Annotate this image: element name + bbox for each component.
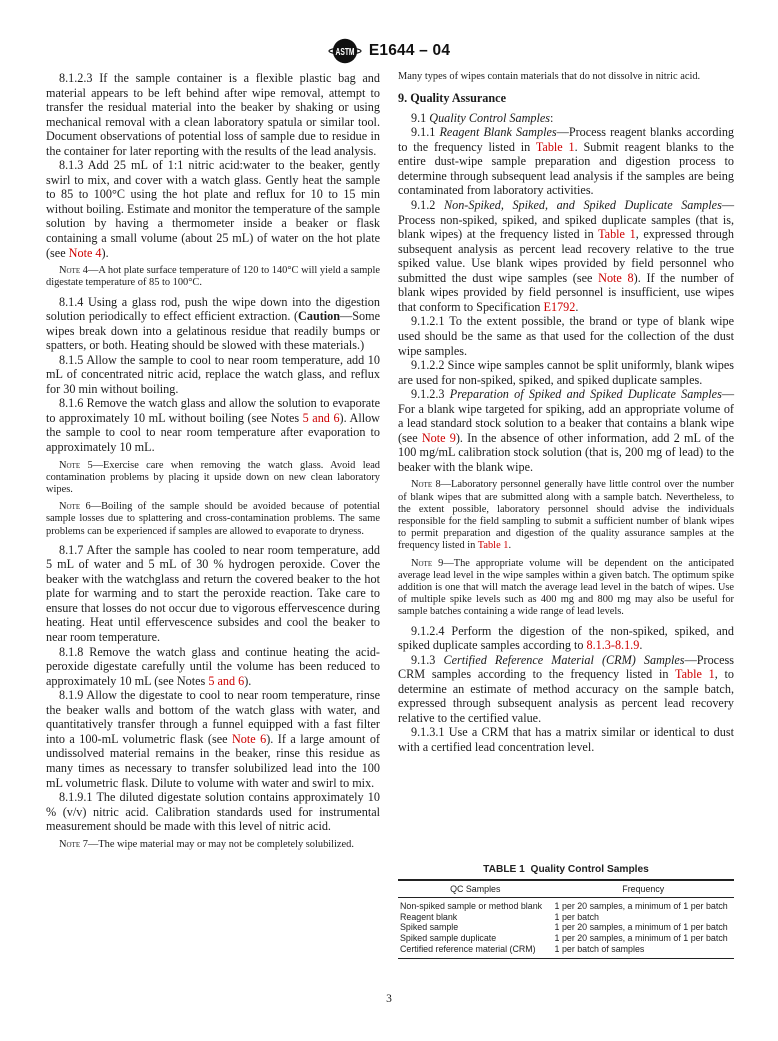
- cross-reference-link[interactable]: 5 and 6: [303, 411, 340, 425]
- cross-reference-link[interactable]: 8.1.3-8.1.9: [587, 638, 640, 652]
- table-header-row: QC Samples Frequency: [398, 880, 734, 897]
- section-heading: 9. Quality Assurance: [398, 91, 734, 106]
- text-run: 9.1.3: [411, 653, 443, 667]
- frequency-cell: 1 per 20 samples, a minimum of 1 per bat…: [553, 933, 734, 944]
- page-number: 3: [0, 993, 778, 1005]
- table-title: TABLE 1 Quality Control Samples: [398, 864, 734, 875]
- paragraph: 8.1.7 After the sample has cooled to nea…: [46, 543, 380, 645]
- qc-sample-cell: Non-spiked sample or method blank: [398, 897, 553, 911]
- text-run: Certified Reference Material (CRM) Sampl…: [443, 653, 684, 667]
- text-run: 8.1.3 Add 25 mL of 1:1 nitric acid:water…: [46, 158, 380, 259]
- document-page: ASTM E1644 – 04 8.1.2.3 If the sample co…: [0, 0, 778, 1041]
- table-caption: Quality Control Samples: [531, 864, 649, 875]
- paragraph: 8.1.3 Add 25 mL of 1:1 nitric acid:water…: [46, 158, 380, 260]
- text-run: .: [639, 638, 642, 652]
- text-run: Note 8—: [411, 479, 451, 490]
- astm-logo-icon: ASTM: [328, 36, 362, 66]
- document-designation: E1644 – 04: [369, 42, 450, 60]
- text-run: 9. Quality Assurance: [398, 91, 506, 105]
- text-run: 9.1: [411, 111, 429, 125]
- cross-reference-link[interactable]: 5 and 6: [208, 674, 244, 688]
- table-header-frequency: Frequency: [553, 880, 734, 897]
- text-run: Note 6—: [59, 501, 101, 512]
- frequency-cell: 1 per batch of samples: [553, 944, 734, 958]
- text-run: 9.1.2.4 Perform the digestion of the non…: [398, 624, 734, 653]
- text-run: Note 5—: [59, 460, 103, 471]
- text-run: 9.1.2.2 Since wipe samples cannot be spl…: [398, 358, 734, 387]
- paragraph: 8.1.8 Remove the watch glass and continu…: [46, 645, 380, 689]
- text-run: ).: [102, 246, 109, 260]
- table-row: Spiked sample duplicate1 per 20 samples,…: [398, 933, 734, 944]
- text-run: 8.1.9.1 The diluted digestate solution c…: [46, 790, 380, 833]
- text-run: Non-Spiked, Spiked, and Spiked Duplicate…: [444, 198, 722, 212]
- text-run: 9.1.1: [411, 125, 439, 139]
- paragraph: 9.1 Quality Control Samples:: [398, 111, 734, 126]
- qc-sample-cell: Certified reference material (CRM): [398, 944, 553, 958]
- cross-reference-link[interactable]: Note 6: [232, 732, 266, 746]
- paragraph: 9.1.3.1 Use a CRM that has a matrix simi…: [398, 725, 734, 754]
- text-run: Preparation of Spiked and Spiked Duplica…: [450, 387, 722, 401]
- frequency-cell: 1 per batch: [553, 912, 734, 923]
- table-row: Reagent blank1 per batch: [398, 912, 734, 923]
- text-run: 9.1.2.3: [411, 387, 450, 401]
- cross-reference-link[interactable]: E1792: [544, 300, 576, 314]
- note-paragraph: Note 6—Boiling of the sample should be a…: [46, 501, 380, 538]
- text-run: Note 4—: [59, 265, 98, 276]
- text-run: 8.1.5 Allow the sample to cool to near r…: [46, 353, 380, 396]
- right-column: Many types of wipes contain materials th…: [398, 71, 734, 755]
- table-label: TABLE 1: [483, 864, 525, 875]
- paragraph: 8.1.4 Using a glass rod, push the wipe d…: [46, 295, 380, 353]
- paragraph: 8.1.9.1 The diluted digestate solution c…: [46, 790, 380, 834]
- text-run: :: [550, 111, 553, 125]
- paragraph: 9.1.3 Certified Reference Material (CRM)…: [398, 653, 734, 726]
- text-run: ).: [244, 674, 251, 688]
- cross-reference-link[interactable]: Note 9: [422, 431, 456, 445]
- cross-reference-link[interactable]: Note 4: [69, 246, 102, 260]
- cross-reference-link[interactable]: Table 1: [598, 227, 636, 241]
- text-run: 9.1.2: [411, 198, 444, 212]
- paragraph: 8.1.6 Remove the watch glass and allow t…: [46, 396, 380, 454]
- table-row: Non-spiked sample or method blank1 per 2…: [398, 897, 734, 911]
- text-run: 9.1.2.1 To the extent possible, the bran…: [398, 314, 734, 357]
- text-run: Quality Control Samples: [429, 111, 550, 125]
- frequency-cell: 1 per 20 samples, a minimum of 1 per bat…: [553, 897, 734, 911]
- note-paragraph: Note 8—Laboratory personnel generally ha…: [398, 479, 734, 552]
- table: QC Samples Frequency Non-spiked sample o…: [398, 879, 734, 959]
- paragraph: 9.1.1 Reagent Blank Samples—Process reag…: [398, 125, 734, 198]
- cross-reference-link[interactable]: Table 1: [675, 667, 715, 681]
- note-paragraph: Note 9—The appropriate volume will be de…: [398, 558, 734, 619]
- qc-sample-cell: Spiked sample duplicate: [398, 933, 553, 944]
- paragraph: 8.1.2.3 If the sample container is a fle…: [46, 71, 380, 158]
- table-row: Spiked sample1 per 20 samples, a minimum…: [398, 922, 734, 933]
- table-header-qc-samples: QC Samples: [398, 880, 553, 897]
- text-run: The wipe material may or may not be comp…: [98, 839, 354, 850]
- document-header: ASTM E1644 – 04: [0, 36, 778, 66]
- note-paragraph: Note 7—The wipe material may or may not …: [46, 839, 380, 851]
- note-continuation: Many types of wipes contain materials th…: [398, 71, 734, 83]
- cross-reference-link[interactable]: Table 1: [478, 540, 509, 551]
- note-paragraph: Note 4—A hot plate surface temperature o…: [46, 265, 380, 289]
- svg-text:ASTM: ASTM: [335, 46, 354, 58]
- paragraph: 9.1.2.4 Perform the digestion of the non…: [398, 624, 734, 653]
- note-paragraph: Note 5—Exercise care when removing the w…: [46, 460, 380, 497]
- text-run: .: [508, 540, 511, 551]
- frequency-cell: 1 per 20 samples, a minimum of 1 per bat…: [553, 922, 734, 933]
- paragraph: 9.1.2.1 To the extent possible, the bran…: [398, 314, 734, 358]
- cross-reference-link[interactable]: Note 8: [598, 271, 634, 285]
- text-run: 8.1.2.3 If the sample container is a fle…: [46, 71, 380, 158]
- cross-reference-link[interactable]: Table 1: [536, 140, 575, 154]
- paragraph: 8.1.9 Allow the digestate to cool to nea…: [46, 688, 380, 790]
- text-run: 8.1.7 After the sample has cooled to nea…: [46, 543, 380, 644]
- text-run: Many types of wipes contain materials th…: [398, 71, 700, 82]
- text-run: Caution: [298, 309, 340, 323]
- paragraph: 9.1.2.2 Since wipe samples cannot be spl…: [398, 358, 734, 387]
- text-run: Note 9—: [411, 558, 454, 569]
- qc-sample-cell: Reagent blank: [398, 912, 553, 923]
- left-column: 8.1.2.3 If the sample container is a fle…: [46, 71, 380, 856]
- text-run: 9.1.3.1 Use a CRM that has a matrix simi…: [398, 725, 734, 754]
- text-run: .: [575, 300, 578, 314]
- quality-control-table: TABLE 1 Quality Control Samples QC Sampl…: [398, 864, 734, 959]
- paragraph: 8.1.5 Allow the sample to cool to near r…: [46, 353, 380, 397]
- paragraph: 9.1.2.3 Preparation of Spiked and Spiked…: [398, 387, 734, 474]
- qc-sample-cell: Spiked sample: [398, 922, 553, 933]
- text-run: Note 7—: [59, 839, 98, 850]
- text-run: Reagent Blank Samples: [439, 125, 556, 139]
- paragraph: 9.1.2 Non-Spiked, Spiked, and Spiked Dup…: [398, 198, 734, 314]
- table-row: Certified reference material (CRM)1 per …: [398, 944, 734, 958]
